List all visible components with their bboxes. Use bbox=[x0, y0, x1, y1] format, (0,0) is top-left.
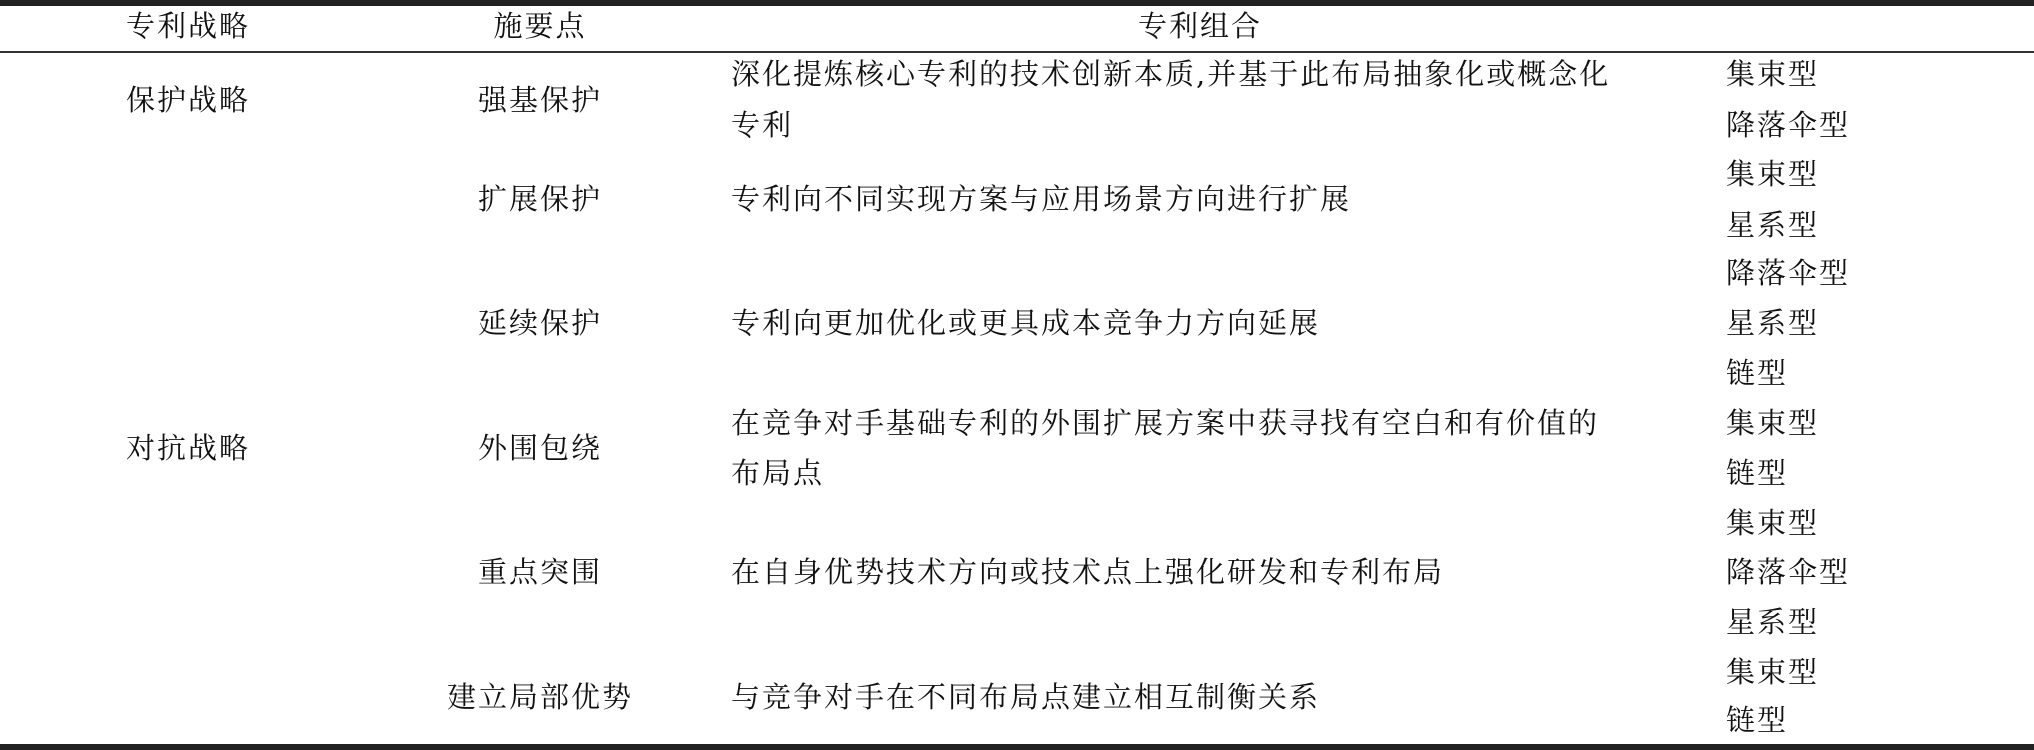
description-line: 布局点 bbox=[731, 456, 824, 490]
combination: 星系型 bbox=[1726, 605, 1819, 639]
table-bottom-rule bbox=[0, 744, 2034, 750]
combination: 链型 bbox=[1726, 456, 1788, 490]
combination: 集束型 bbox=[1726, 406, 1819, 440]
combination: 链型 bbox=[1726, 356, 1788, 390]
header-key-point: 施要点 bbox=[400, 9, 680, 43]
combination: 集束型 bbox=[1726, 655, 1819, 689]
strategy-protect: 保护战略 bbox=[88, 83, 288, 117]
strategy-confront: 对抗战略 bbox=[88, 431, 288, 465]
header-rule bbox=[0, 51, 2034, 53]
key-point: 延续保护 bbox=[400, 306, 680, 340]
description-line: 与竞争对手在不同布局点建立相互制衡关系 bbox=[731, 680, 1320, 714]
header-strategy: 专利战略 bbox=[88, 9, 288, 43]
description-line: 专利 bbox=[731, 108, 793, 142]
combination: 降落伞型 bbox=[1726, 256, 1850, 290]
description-line: 深化提炼核心专利的技术创新本质,并基于此布局抽象化或概念化 bbox=[731, 57, 1610, 91]
combination: 星系型 bbox=[1726, 208, 1819, 242]
combination: 降落伞型 bbox=[1726, 108, 1850, 142]
combination: 集束型 bbox=[1726, 157, 1819, 191]
description-line: 在竞争对手基础专利的外围扩展方案中获寻找有空白和有价值的 bbox=[731, 406, 1599, 440]
description-line: 在自身优势技术方向或技术点上强化研发和专利布局 bbox=[731, 555, 1444, 589]
key-point: 重点突围 bbox=[400, 555, 680, 589]
key-point: 扩展保护 bbox=[400, 182, 680, 216]
combination: 降落伞型 bbox=[1726, 555, 1850, 589]
combination: 星系型 bbox=[1726, 306, 1819, 340]
header-combination: 专利组合 bbox=[1000, 9, 1400, 43]
description-line: 专利向更加优化或更具成本竞争力方向延展 bbox=[731, 306, 1320, 340]
description-line: 专利向不同实现方案与应用场景方向进行扩展 bbox=[731, 182, 1351, 216]
key-point: 外围包绕 bbox=[400, 431, 680, 465]
table-top-rule bbox=[0, 0, 2034, 6]
key-point: 强基保护 bbox=[400, 83, 680, 117]
combination: 集束型 bbox=[1726, 506, 1819, 540]
combination: 集束型 bbox=[1726, 57, 1819, 91]
combination: 链型 bbox=[1726, 703, 1788, 737]
key-point: 建立局部优势 bbox=[400, 680, 680, 714]
